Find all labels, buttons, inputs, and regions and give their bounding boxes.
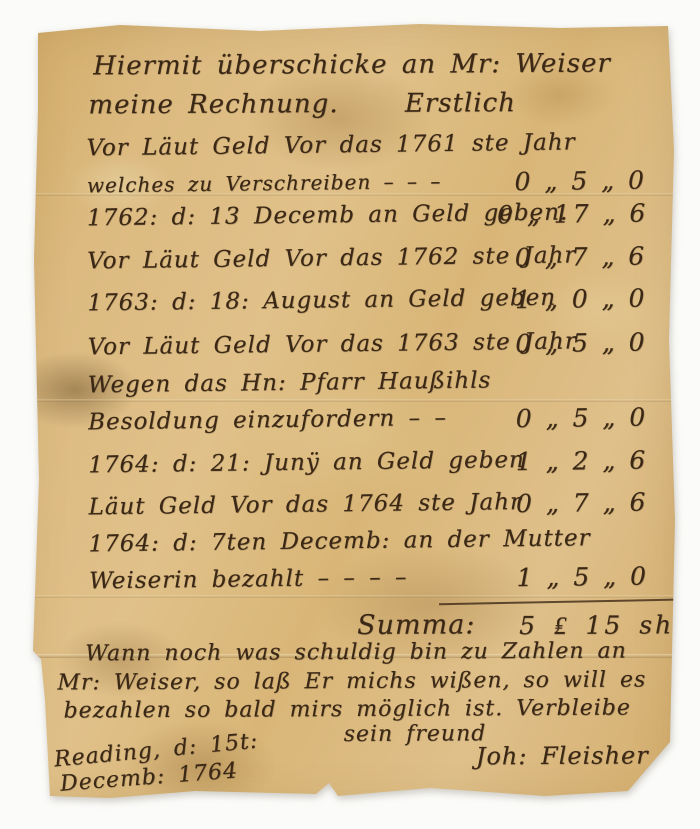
account-entry: 1764: d: 21: Junÿ an Geld geben 1 „ 2 „ … <box>88 440 658 484</box>
closing-line2: Mr: Weiser, so laß Er michs wißen, so wi… <box>57 667 646 695</box>
entry-amount: 0 „ 5 „ 0 <box>497 328 647 359</box>
account-entry: Vor Läut Geld Vor das 1763 ste Jahr 0 „ … <box>87 322 657 366</box>
entry-amount: 1 „ 5 „ 0 <box>499 562 649 593</box>
entry-amount: 1 „ 0 „ 0 <box>497 284 647 315</box>
account-entry: 1764: d: 7ten Decemb: an der Mutter Weis… <box>88 519 659 600</box>
entry-amount: 0 „ 7 „ 6 <box>498 488 648 519</box>
summa-label: Summa: <box>357 609 475 641</box>
account-entry: Wegen das Hn: Pfarr Haußihls Besoldung e… <box>87 360 658 441</box>
paper-sheet: Hiermit überschicke an Mr: Weiser meine … <box>0 0 700 829</box>
manuscript-paper: Hiermit überschicke an Mr: Weiser meine … <box>0 0 700 829</box>
account-entry: Vor Läut Geld Vor das 1761 ste Jahr welc… <box>86 123 657 204</box>
entry-amount: 0 „ 5 „ 0 <box>498 403 648 434</box>
entry-amount: 0 „ 7 „ 6 <box>497 242 647 273</box>
account-entry: 1762: d: 13 Decemb an Geld geben. 0 „ 17… <box>87 193 657 237</box>
handwriting-layer: Hiermit überschicke an Mr: Weiser meine … <box>0 0 700 829</box>
entry-amount: 0 „ 5 „ 0 <box>497 166 647 197</box>
summa-amount: 5 ₤ 15 sh. 0. <box>519 610 700 641</box>
closing-line1: Wann noch was schuldig bin zu Zahlen an <box>85 639 627 667</box>
signature: Joh: Fleisher . <box>476 741 671 770</box>
entry-amount: 0 „ 17 „ 6 <box>497 199 647 230</box>
account-entry: Vor Läut Geld Vor das 1762 ste Jahr 0 „ … <box>87 236 657 280</box>
closing-valediction: sein freund <box>344 721 487 747</box>
photo-background: Hiermit überschicke an Mr: Weiser meine … <box>0 0 700 829</box>
entry-text-line1: Vor Läut Geld Vor das 1761 ste Jahr <box>86 123 656 167</box>
entry-amount: 1 „ 2 „ 6 <box>498 446 648 477</box>
closing-line3: bezahlen so bald mirs möglich ist. Verbl… <box>63 696 630 724</box>
entry-text-line1: 1764: d: 7ten Decemb: an der Mutter <box>88 519 658 563</box>
account-entry: 1763: d: 18: August an Geld geben 1 „ 0 … <box>87 278 657 322</box>
